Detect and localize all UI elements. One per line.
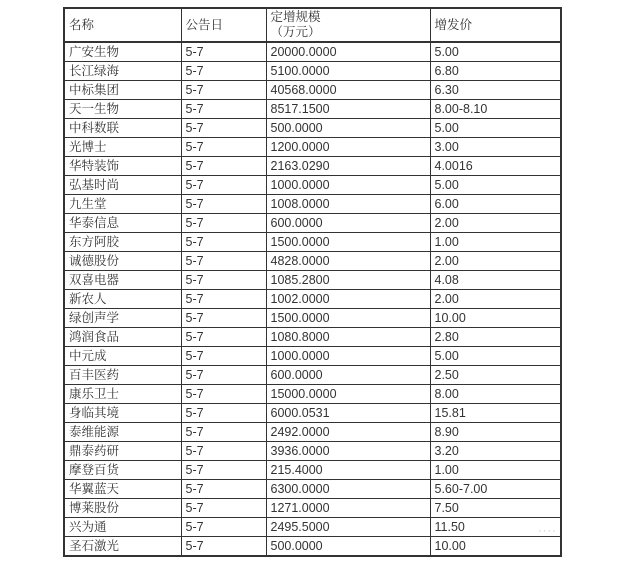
table-row: 中元成5-71000.00005.00: [64, 347, 561, 366]
cell-name: 华翼蓝天: [64, 480, 181, 499]
table-row: 弘基时尚5-71000.00005.00: [64, 176, 561, 195]
cell-issue-price: 1.00: [430, 233, 561, 252]
cell-announce-date: 5-7: [181, 100, 266, 119]
cell-issue-price: 10.00: [430, 537, 561, 557]
cell-name: 中标集团: [64, 81, 181, 100]
cell-announce-date: 5-7: [181, 347, 266, 366]
cell-placement-scale: 1271.0000: [266, 499, 430, 518]
cell-issue-price: 15.81: [430, 404, 561, 423]
cell-name: 弘基时尚: [64, 176, 181, 195]
cell-placement-scale: 1000.0000: [266, 347, 430, 366]
cell-name: 泰维能源: [64, 423, 181, 442]
table-row: 博莱股份5-71271.00007.50: [64, 499, 561, 518]
cell-name: 博莱股份: [64, 499, 181, 518]
cell-announce-date: 5-7: [181, 385, 266, 404]
cell-issue-price: 10.00: [430, 309, 561, 328]
cell-announce-date: 5-7: [181, 62, 266, 81]
cell-announce-date: 5-7: [181, 290, 266, 309]
table-row: 诚德股份5-74828.00002.00: [64, 252, 561, 271]
cell-name: 天一生物: [64, 100, 181, 119]
cell-announce-date: 5-7: [181, 195, 266, 214]
table-header-row: 名称 公告日 定增规模 （万元） 增发价: [64, 8, 561, 42]
cell-placement-scale: 1500.0000: [266, 309, 430, 328]
table-row: 天一生物5-78517.15008.00-8.10: [64, 100, 561, 119]
cell-issue-price: 3.00: [430, 138, 561, 157]
cell-placement-scale: 6000.0531: [266, 404, 430, 423]
cell-name: 鼎泰药研: [64, 442, 181, 461]
cell-name: 广安生物: [64, 42, 181, 62]
cell-placement-scale: 600.0000: [266, 366, 430, 385]
cell-issue-price: 1.00: [430, 461, 561, 480]
cell-placement-scale: 500.0000: [266, 119, 430, 138]
cell-issue-price: 2.00: [430, 214, 561, 233]
cell-placement-scale: 3936.0000: [266, 442, 430, 461]
table-row: 华翼蓝天5-76300.00005.60-7.00: [64, 480, 561, 499]
cell-announce-date: 5-7: [181, 252, 266, 271]
cell-name: 鸿润食品: [64, 328, 181, 347]
table-row: 华特装饰5-72163.02904.0016: [64, 157, 561, 176]
table-row: 光博士5-71200.00003.00: [64, 138, 561, 157]
cell-name: 东方阿胶: [64, 233, 181, 252]
cell-name: 康乐卫士: [64, 385, 181, 404]
cell-announce-date: 5-7: [181, 309, 266, 328]
cell-issue-price: 5.00: [430, 176, 561, 195]
cell-name: 圣石激光: [64, 537, 181, 557]
cell-issue-price: 5.00: [430, 119, 561, 138]
cell-placement-scale: 2492.0000: [266, 423, 430, 442]
table-row: 九生堂5-71008.00006.00: [64, 195, 561, 214]
table-row: 中科数联5-7500.00005.00: [64, 119, 561, 138]
cell-placement-scale: 1085.2800: [266, 271, 430, 290]
cell-issue-price: 2.50: [430, 366, 561, 385]
cell-name: 诚德股份: [64, 252, 181, 271]
cell-name: 中科数联: [64, 119, 181, 138]
cell-issue-price: 8.90: [430, 423, 561, 442]
cell-placement-scale: 1080.8000: [266, 328, 430, 347]
cell-name: 身临其境: [64, 404, 181, 423]
cell-issue-price: 5.60-7.00: [430, 480, 561, 499]
cell-name: 华泰信息: [64, 214, 181, 233]
table-row: 中标集团5-740568.00006.30: [64, 81, 561, 100]
cell-name: 摩登百货: [64, 461, 181, 480]
cell-announce-date: 5-7: [181, 42, 266, 62]
table-row: 身临其境5-76000.053115.81: [64, 404, 561, 423]
cell-issue-price: 3.20: [430, 442, 561, 461]
cell-announce-date: 5-7: [181, 442, 266, 461]
cell-announce-date: 5-7: [181, 480, 266, 499]
cell-announce-date: 5-7: [181, 499, 266, 518]
cell-placement-scale: 1002.0000: [266, 290, 430, 309]
cell-announce-date: 5-7: [181, 328, 266, 347]
table-row: 东方阿胶5-71500.00001.00: [64, 233, 561, 252]
header-announce-date: 公告日: [181, 8, 266, 42]
table-row: 华泰信息5-7600.00002.00: [64, 214, 561, 233]
cell-name: 百丰医药: [64, 366, 181, 385]
cell-name: 双喜电器: [64, 271, 181, 290]
cell-placement-scale: 8517.1500: [266, 100, 430, 119]
cell-issue-price: 5.00: [430, 347, 561, 366]
cell-announce-date: 5-7: [181, 518, 266, 537]
cell-announce-date: 5-7: [181, 537, 266, 557]
cell-placement-scale: 2163.0290: [266, 157, 430, 176]
cell-placement-scale: 2495.5000: [266, 518, 430, 537]
cell-placement-scale: 1500.0000: [266, 233, 430, 252]
header-placement-scale: 定增规模 （万元）: [266, 8, 430, 42]
cell-issue-price: 4.0016: [430, 157, 561, 176]
table-row: 广安生物5-720000.00005.00: [64, 42, 561, 62]
table-row: 康乐卫士5-715000.00008.00: [64, 385, 561, 404]
cell-placement-scale: 1008.0000: [266, 195, 430, 214]
cell-announce-date: 5-7: [181, 366, 266, 385]
cell-announce-date: 5-7: [181, 461, 266, 480]
cell-announce-date: 5-7: [181, 214, 266, 233]
placement-table: 名称 公告日 定增规模 （万元） 增发价 广安生物5-720000.00005.…: [63, 7, 562, 557]
cell-issue-price: 8.00-8.10: [430, 100, 561, 119]
cell-name: 兴为通: [64, 518, 181, 537]
table-body: 广安生物5-720000.00005.00长江绿海5-75100.00006.8…: [64, 42, 561, 556]
cell-placement-scale: 4828.0000: [266, 252, 430, 271]
table-row: 摩登百货5-7215.40001.00: [64, 461, 561, 480]
cell-issue-price: 4.08: [430, 271, 561, 290]
cell-placement-scale: 1200.0000: [266, 138, 430, 157]
cell-name: 中元成: [64, 347, 181, 366]
cell-issue-price: 2.00: [430, 290, 561, 309]
cell-announce-date: 5-7: [181, 157, 266, 176]
cell-placement-scale: 5100.0000: [266, 62, 430, 81]
table-row: 双喜电器5-71085.28004.08: [64, 271, 561, 290]
cell-name: 华特装饰: [64, 157, 181, 176]
cell-placement-scale: 215.4000: [266, 461, 430, 480]
table-row: 泰维能源5-72492.00008.90: [64, 423, 561, 442]
cell-issue-price: 7.50: [430, 499, 561, 518]
cell-placement-scale: 6300.0000: [266, 480, 430, 499]
table-row: 鼎泰药研5-73936.00003.20: [64, 442, 561, 461]
cell-announce-date: 5-7: [181, 404, 266, 423]
cell-announce-date: 5-7: [181, 233, 266, 252]
table-row: 长江绿海5-75100.00006.80: [64, 62, 561, 81]
cell-issue-price: 6.80: [430, 62, 561, 81]
placement-table-container: 名称 公告日 定增规模 （万元） 增发价 广安生物5-720000.00005.…: [63, 7, 562, 557]
cell-name: 新农人: [64, 290, 181, 309]
cell-issue-price: 6.30: [430, 81, 561, 100]
cell-placement-scale: 20000.0000: [266, 42, 430, 62]
cell-name: 长江绿海: [64, 62, 181, 81]
cell-issue-price: 11.50: [430, 518, 561, 537]
cell-announce-date: 5-7: [181, 119, 266, 138]
header-issue-price: 增发价: [430, 8, 561, 42]
cell-announce-date: 5-7: [181, 138, 266, 157]
cell-announce-date: 5-7: [181, 423, 266, 442]
table-row: 鸿润食品5-71080.80002.80: [64, 328, 561, 347]
table-row: 圣石激光5-7500.000010.00: [64, 537, 561, 557]
cell-announce-date: 5-7: [181, 271, 266, 290]
cell-issue-price: 6.00: [430, 195, 561, 214]
cell-placement-scale: 40568.0000: [266, 81, 430, 100]
cell-announce-date: 5-7: [181, 176, 266, 195]
table-row: 新农人5-71002.00002.00: [64, 290, 561, 309]
cell-placement-scale: 1000.0000: [266, 176, 430, 195]
cell-issue-price: 2.80: [430, 328, 561, 347]
cell-issue-price: 8.00: [430, 385, 561, 404]
cell-issue-price: 5.00: [430, 42, 561, 62]
cell-placement-scale: 600.0000: [266, 214, 430, 233]
cell-announce-date: 5-7: [181, 81, 266, 100]
table-row: 兴为通5-72495.500011.50: [64, 518, 561, 537]
cell-name: 九生堂: [64, 195, 181, 214]
table-row: 百丰医药5-7600.00002.50: [64, 366, 561, 385]
cell-placement-scale: 500.0000: [266, 537, 430, 557]
cell-name: 绿创声学: [64, 309, 181, 328]
header-name: 名称: [64, 8, 181, 42]
cell-placement-scale: 15000.0000: [266, 385, 430, 404]
cell-issue-price: 2.00: [430, 252, 561, 271]
cell-name: 光博士: [64, 138, 181, 157]
table-row: 绿创声学5-71500.000010.00: [64, 309, 561, 328]
